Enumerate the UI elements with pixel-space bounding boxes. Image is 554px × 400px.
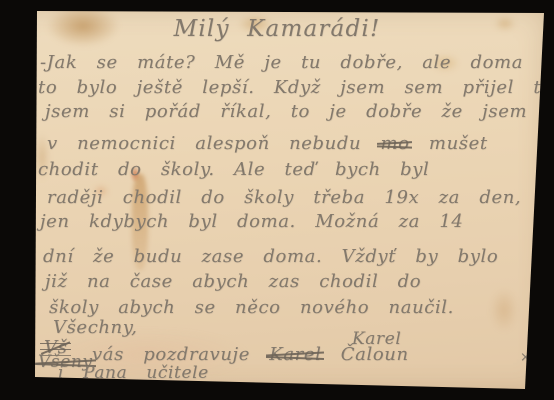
- greeting-text: vás pozdravuje: [92, 344, 269, 365]
- handwritten-line: to bylo ještě lepší. Když jsem sem přije…: [38, 77, 554, 98]
- handwritten-line: -Jak se máte? Mě je tu dobře, ale doma: [40, 52, 523, 73]
- handwritten-line: raději chodil do školy třeba 19x za den,: [47, 187, 521, 208]
- handwritten-line: jsem si pořád říkal, to je dobře že jsem: [45, 101, 527, 122]
- end-mark: ×: [520, 350, 532, 365]
- closing-word: Všechny,: [53, 317, 137, 338]
- line-segment: v nemocnici alespoň nebudu: [47, 133, 380, 154]
- handwritten-line: chodit do školy. Ale teď bych byl: [38, 159, 429, 180]
- postcard-scan: Milý Kamarádi! -Jak se máte? Mě je tu do…: [0, 0, 554, 400]
- crossed-out-name: Karel: [269, 344, 321, 365]
- signature-line: vás pozdravuje Karel Čaloun: [92, 344, 409, 365]
- surname-text: Čaloun: [321, 344, 408, 365]
- salutation: Milý Kamarádi!: [0, 16, 554, 42]
- postscript: i Pana učitele: [58, 363, 209, 383]
- paper-stain: [490, 288, 518, 332]
- handwritten-line: školy abych se něco nového naučil.: [49, 297, 454, 318]
- handwritten-line: dní že budu zase doma. Vždyť by bylo: [43, 246, 498, 267]
- handwritten-line: v nemocnici alespoň nebudu mo mušet: [47, 133, 488, 154]
- handwritten-line: již na čase abych zas chodil do: [45, 271, 421, 292]
- handwritten-line: jen kdybych byl doma. Možná za 14: [40, 211, 463, 232]
- postcard-paper: Milý Kamarádi! -Jak se máte? Mě je tu do…: [0, 0, 554, 400]
- crossed-out-word: mo: [380, 133, 409, 154]
- line-segment: mušet: [410, 133, 488, 154]
